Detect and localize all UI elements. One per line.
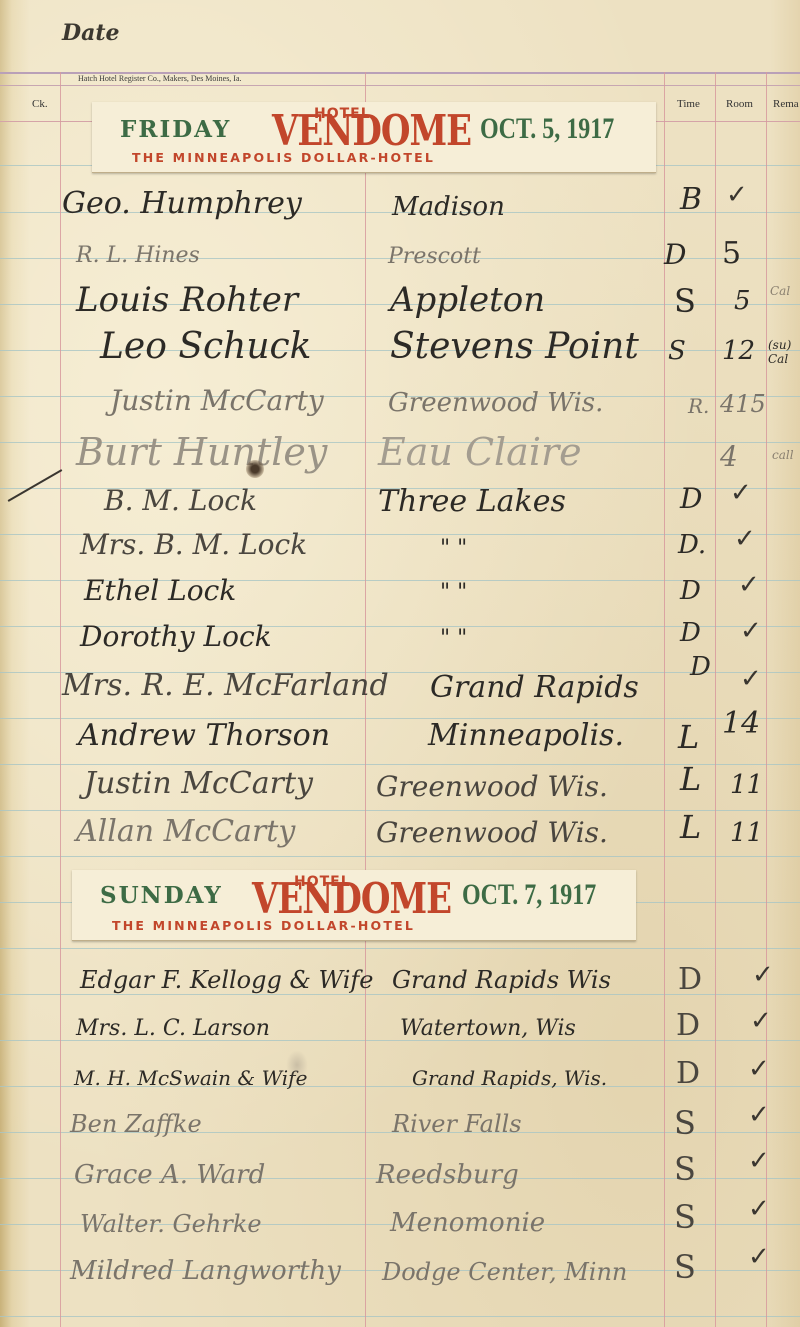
check-mark: ✓ xyxy=(730,478,752,508)
entry-time: L xyxy=(680,808,701,846)
check-mark: ✓ xyxy=(748,1146,770,1176)
stamp-tagline: THE MINNEAPOLIS DOLLAR-HOTEL xyxy=(132,150,435,165)
entry-remark: Cal xyxy=(770,284,790,298)
entry-name: Edgar F. Kellogg & Wife xyxy=(80,966,373,994)
entry-time: D xyxy=(678,962,702,997)
rule xyxy=(0,948,800,949)
entry-residence: Prescott xyxy=(388,244,481,269)
ink-blot xyxy=(246,460,264,478)
entry-time: D xyxy=(680,576,701,606)
entry-name: Leo Schuck xyxy=(100,326,312,367)
entry-remark: (su) Cal xyxy=(768,338,800,366)
entry-name: Ben Zaffke xyxy=(70,1110,202,1138)
entry-name: Justin McCarty xyxy=(84,766,313,801)
entry-name: Mrs. R. E. McFarland xyxy=(62,668,389,703)
stamp-day: FRIDAY xyxy=(120,116,231,143)
stamp-hotel-name: VENDOME xyxy=(252,874,451,924)
entry-time: D. xyxy=(678,530,706,560)
entry-residence: Menomonie xyxy=(390,1208,545,1238)
column-rule-room xyxy=(715,72,716,1327)
water-stain xyxy=(286,1050,308,1080)
check-mark: ✓ xyxy=(748,1054,770,1084)
entry-name: Walter. Gehrke xyxy=(80,1210,262,1238)
check-mark: ✓ xyxy=(748,1100,770,1130)
entry-time: S xyxy=(668,336,686,366)
stamp-day: SUNDAY xyxy=(100,882,223,909)
entry-remark: call xyxy=(772,448,794,462)
entry-time: S xyxy=(674,282,696,320)
date-label: Date xyxy=(62,20,120,46)
stamp-date: OCT. 7, 1917 xyxy=(462,878,596,912)
entry-residence: Minneapolis. xyxy=(428,718,624,753)
entry-residence: Grand Rapids Wis xyxy=(392,966,611,994)
check-mark: ✓ xyxy=(740,664,762,694)
entry-residence: Eau Claire xyxy=(378,430,582,474)
check-mark: ✓ xyxy=(726,180,748,210)
entry-name: Andrew Thorson xyxy=(78,718,330,753)
entry-residence: " " xyxy=(440,626,467,651)
entry-residence: " " xyxy=(440,580,467,605)
check-mark: ✓ xyxy=(740,616,762,646)
entry-time: S xyxy=(674,1198,696,1236)
column-header-time: Time xyxy=(677,98,700,110)
entry-time: R. xyxy=(688,394,709,418)
entry-time: D xyxy=(664,238,686,271)
entry-room: 4 xyxy=(720,440,738,473)
date-stamp-sunday: SUNDAY HOTEL VENDOME OCT. 7, 1917 THE MI… xyxy=(72,870,636,941)
check-mark: ✓ xyxy=(738,570,760,600)
entry-residence: Grand Rapids xyxy=(430,670,639,705)
entry-residence: Dodge Center, Minn xyxy=(382,1258,627,1286)
entry-room: 415 xyxy=(720,390,766,418)
entry-residence: Madison xyxy=(392,192,505,222)
entry-room: 5 xyxy=(722,236,741,271)
entry-room: 11 xyxy=(730,818,763,848)
entry-residence: Reedsburg xyxy=(376,1160,519,1190)
entry-name: Louis Rohter xyxy=(76,280,298,320)
check-mark: ✓ xyxy=(734,524,756,554)
entry-residence: Greenwood Wis. xyxy=(388,388,603,418)
entry-time: D xyxy=(676,1056,700,1091)
entry-time: L xyxy=(680,760,701,798)
entry-name: Mrs. L. C. Larson xyxy=(76,1016,270,1041)
entry-residence: " " xyxy=(440,536,467,561)
stamp-hotel-name: VENDOME xyxy=(272,106,471,156)
column-rule-remarks xyxy=(766,72,767,1327)
entry-name: Dorothy Lock xyxy=(80,620,272,653)
check-mark: ✓ xyxy=(752,960,774,990)
column-rule-ck xyxy=(60,72,61,1327)
check-mark: ✓ xyxy=(750,1006,772,1036)
stamp-date: OCT. 5, 1917 xyxy=(480,112,614,146)
entry-name: Grace A. Ward xyxy=(74,1160,265,1190)
entry-residence: River Falls xyxy=(392,1110,522,1138)
check-mark: ✓ xyxy=(748,1194,770,1224)
entry-name: Justin McCarty xyxy=(110,384,324,417)
entry-room: 14 xyxy=(722,706,760,741)
entry-name: Mrs. B. M. Lock xyxy=(80,528,307,561)
check-mark: ✓ xyxy=(748,1242,770,1272)
entry-name: R. L. Hines xyxy=(76,243,200,268)
entry-residence: Watertown, Wis xyxy=(400,1016,576,1041)
entry-time: D xyxy=(676,1008,700,1043)
entry-name: Allan McCarty xyxy=(76,814,295,849)
entry-name: Ethel Lock xyxy=(84,574,236,607)
entry-residence: Appleton xyxy=(390,280,545,320)
entry-time: D xyxy=(680,482,702,515)
header-rule-second xyxy=(0,85,800,86)
entry-residence: Stevens Point xyxy=(390,326,639,367)
entry-time: D xyxy=(680,618,701,648)
rule xyxy=(0,856,800,857)
entry-name: B. M. Lock xyxy=(104,484,257,517)
entry-residence: Greenwood Wis. xyxy=(376,816,608,849)
stamp-tagline: THE MINNEAPOLIS DOLLAR-HOTEL xyxy=(112,918,415,933)
date-stamp-friday: FRIDAY HOTEL VENDOME OCT. 5, 1917 THE MI… xyxy=(92,102,656,173)
column-header-room: Room xyxy=(726,98,753,110)
entry-time: S xyxy=(674,1150,696,1188)
entry-room: 11 xyxy=(730,770,763,800)
entry-name: Mildred Langworthy xyxy=(70,1256,341,1286)
column-header-ck: Ck. xyxy=(32,98,48,110)
margin-pen-stroke xyxy=(8,469,62,501)
entry-room: 12 xyxy=(722,336,755,366)
entry-time: L xyxy=(678,718,699,756)
entry-name: Geo. Humphrey xyxy=(62,186,302,221)
entry-room: 5 xyxy=(734,286,751,316)
column-header-remarks: Rema xyxy=(773,98,799,110)
entry-residence: Greenwood Wis. xyxy=(376,770,608,803)
maker-imprint: Hatch Hotel Register Co., Makers, Des Mo… xyxy=(78,74,242,83)
entry-time: S xyxy=(674,1248,696,1286)
entry-residence: Grand Rapids, Wis. xyxy=(412,1066,607,1090)
entry-name: Burt Huntley xyxy=(76,430,327,474)
entry-name: M. H. McSwain & Wife xyxy=(74,1066,307,1090)
rule xyxy=(0,1316,800,1317)
entry-time: S xyxy=(674,1104,696,1142)
entry-residence: Three Lakes xyxy=(378,484,566,519)
entry-time: D xyxy=(690,652,711,682)
entry-time: B xyxy=(680,182,702,217)
